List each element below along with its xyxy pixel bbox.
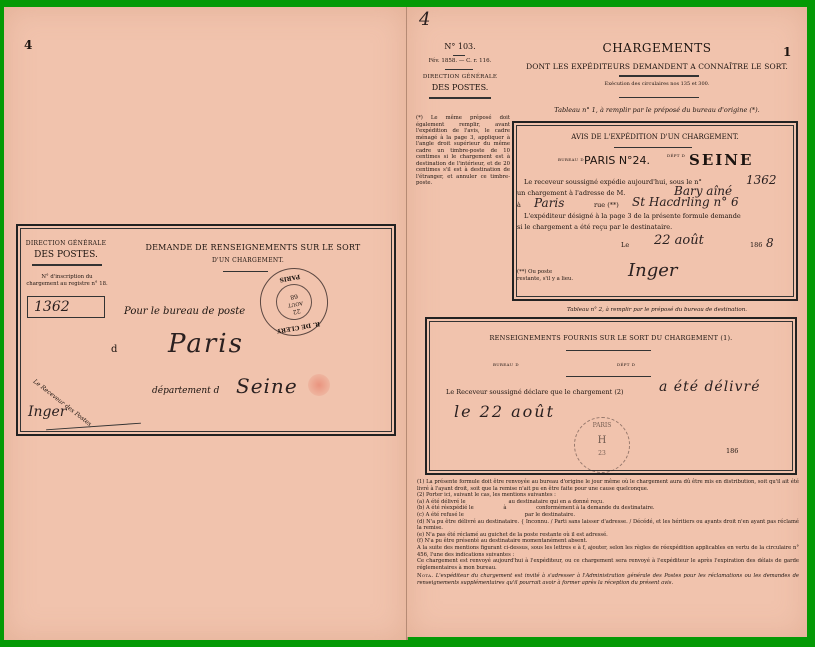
note-c: (c) A été refusé le par le destinataire. xyxy=(417,512,799,519)
receveur-signature: Inger xyxy=(28,404,67,420)
divider xyxy=(619,75,699,77)
departement-label: département d xyxy=(152,386,219,396)
right-page: 4 1 N° 103. Fév. 1858. — C. r. 116. DIRE… xyxy=(407,7,807,637)
form-title-line1: DEMANDE DE RENSEIGNEMENTS SUR LE SORT xyxy=(128,243,378,252)
notes: (1) La présente formule doit être renvoy… xyxy=(417,479,799,587)
note-1: (1) La présente formule doit être renvoy… xyxy=(417,479,799,492)
divider xyxy=(619,97,699,98)
note-d: (d) N'a pu être délivré au destinataire.… xyxy=(417,519,799,532)
year-prefix: 186 xyxy=(750,241,762,249)
divider xyxy=(223,271,268,272)
form-date: Fév. 1858. — C. r. 116. xyxy=(411,58,509,64)
demande-form: DIRECTION GÉNÉRALE DES POSTES. N° d'insc… xyxy=(16,224,396,436)
rue-label: rue (**) xyxy=(594,201,619,209)
title: CHARGEMENTS xyxy=(517,41,797,55)
divider xyxy=(445,69,473,70)
bureau-label: Pour le bureau de poste xyxy=(124,306,245,317)
bureau-label: bureau d xyxy=(493,362,519,368)
number-value[interactable]: 1362 xyxy=(746,173,777,187)
postmark-stamp: R. DE CLERY PARIS 22 AOUT 68 xyxy=(255,263,334,342)
a-label: à xyxy=(517,201,521,209)
date-value[interactable]: 22 août xyxy=(654,233,704,248)
postmark-stamp: PARIS H 23 xyxy=(574,417,630,473)
inscription-label: N° d'inscription du chargement au regist… xyxy=(26,274,108,287)
line3: L'expéditeur désigné à la page 3 de la p… xyxy=(524,212,741,220)
tableau2-caption: Tableau n° 2, à remplir par le préposé d… xyxy=(507,307,807,313)
divider xyxy=(429,97,491,99)
handwritten-number: 4 xyxy=(419,9,430,30)
org-line2: DES POSTES. xyxy=(415,83,505,92)
line4: si le chargement a été reçu par le desti… xyxy=(517,223,672,231)
year-prefix: 186 xyxy=(726,447,738,455)
form-title-line2: D'UN CHARGEMENT. xyxy=(198,257,298,264)
tableau2-heading: RENSEIGNEMENTS FOURNIS SUR LE SORT DU CH… xyxy=(427,334,795,342)
bureau-label: bureau d xyxy=(558,157,584,163)
tableau1-box: AVIS DE L'EXPÉDITION D'UN CHARGEMENT. bu… xyxy=(512,121,798,301)
rue-value[interactable]: St Hacdrling n° 6 xyxy=(632,195,739,209)
subtitle: DONT LES EXPÉDITEURS DEMANDENT A CONNAÎT… xyxy=(507,62,807,71)
divider xyxy=(32,264,102,266)
page-number: 4 xyxy=(24,38,32,52)
date-label: Le xyxy=(621,241,629,249)
divider xyxy=(453,55,465,56)
dep-label: dépt d xyxy=(667,153,685,159)
signature: Inger xyxy=(628,260,677,281)
inscription-box[interactable]: 1362 xyxy=(27,296,105,318)
side-note: (*) Le même préposé doit également rempl… xyxy=(416,115,510,187)
footnote: (**) Ou poste restante, s'il y a lieu. xyxy=(517,269,577,282)
note-b: (b) A été réexpédié le à conformément à … xyxy=(417,505,799,512)
bureau-value: PARIS N°24. xyxy=(584,154,650,167)
d-label: d xyxy=(111,344,117,355)
declaration-value[interactable]: a été délivré xyxy=(659,379,761,395)
dep-value: SEINE xyxy=(689,151,753,169)
note-2: (2) Porter ici, suivant le cas, les ment… xyxy=(417,492,799,499)
dep-label: dépt d xyxy=(617,362,635,368)
org-line2: DES POSTES. xyxy=(24,250,108,260)
note-renvoi: Ce chargement est renvoyé aujourd'hui à … xyxy=(417,558,799,571)
org-line1: DIRECTION GÉNÉRALE xyxy=(415,74,505,80)
nota: Nota. L'expéditeur du chargement est inv… xyxy=(417,573,799,586)
declaration-text: Le Receveur soussigné déclare que le cha… xyxy=(446,388,624,396)
execution-note: Exécution des circulaires nos 135 et 300… xyxy=(517,81,797,87)
date-value[interactable]: le 22 août xyxy=(454,402,555,421)
org-line1: DIRECTION GÉNÉRALE xyxy=(24,240,108,247)
city-value[interactable]: Paris xyxy=(534,196,564,210)
tableau2-box: RENSEIGNEMENTS FOURNIS SUR LE SORT DU CH… xyxy=(425,317,797,475)
form-number: N° 103. xyxy=(415,42,505,51)
inscription-number: 1362 xyxy=(34,299,70,315)
note-f: (f) N'a pu être présenté au destinataire… xyxy=(417,538,799,545)
nota-label: Nota. xyxy=(417,573,433,579)
divider xyxy=(614,147,692,148)
departement-value[interactable]: Seine xyxy=(236,374,298,398)
red-ink-mark xyxy=(308,374,330,396)
year-value[interactable]: 8 xyxy=(766,236,774,250)
divider xyxy=(566,376,651,377)
note-instructions: A la suite des mentions figurant ci-dess… xyxy=(417,545,799,558)
divider xyxy=(566,350,651,351)
left-page: 4 DIRECTION GÉNÉRALE DES POSTES. N° d'in… xyxy=(4,7,406,640)
bureau-value[interactable]: Paris xyxy=(168,329,244,359)
tableau1-heading: AVIS DE L'EXPÉDITION D'UN CHARGEMENT. xyxy=(514,133,796,141)
tableau1-caption: Tableau n° 1, à remplir par le préposé d… xyxy=(507,106,807,114)
nota-text: L'expéditeur du chargement est invité à … xyxy=(417,573,799,586)
